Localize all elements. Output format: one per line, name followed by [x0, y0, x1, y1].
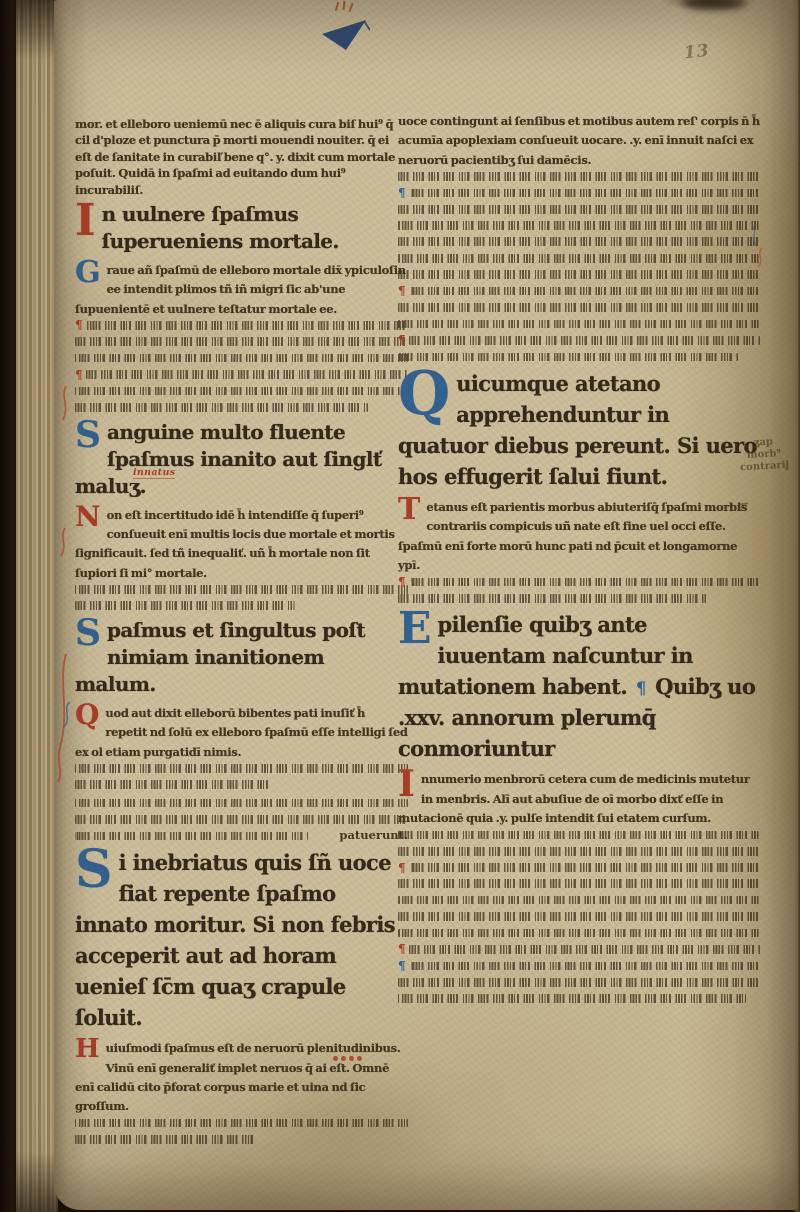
script-line	[86, 321, 408, 329]
script-line-row	[398, 892, 760, 908]
script-line-row	[75, 598, 408, 614]
interlinear-gloss: innatus	[133, 468, 175, 480]
script-line	[75, 799, 408, 807]
script-line	[398, 237, 760, 246]
margin-annotation: ʒap morb⁹ contrarij	[729, 435, 799, 475]
body-text: mor. et elleboro ueniemū nec ē aliquis c…	[75, 116, 408, 198]
pen-flourish-red	[58, 384, 74, 424]
heading-text: paſmus et ſingultus poſt nimiam inanitio…	[75, 618, 365, 696]
script-line	[398, 594, 706, 603]
right-column: uoce contingunt ai ſenſibus et motibus a…	[398, 110, 760, 1009]
pilcrow-mark: ¶	[75, 369, 83, 381]
script-line-row	[398, 843, 760, 859]
script-line-row	[398, 217, 760, 233]
pen-flourish-blue	[60, 700, 76, 730]
script-line	[398, 303, 760, 312]
manuscript-page: 13 mor. et elleboro ueniemū nec ē aliqui…	[54, 0, 798, 1210]
script-line-row	[398, 299, 760, 315]
rubric-heading: Sanguine multo fluente ſpaſmus inanito a…	[75, 419, 408, 500]
script-line-row: ¶	[398, 574, 760, 590]
script-line-row: ¶	[398, 185, 760, 201]
margin-tuck-text: patuerunt.	[331, 830, 408, 842]
script-line	[75, 585, 408, 593]
script-line-row	[75, 1131, 408, 1147]
script-line	[75, 780, 268, 789]
illuminated-initial: E	[398, 611, 432, 647]
pilcrow-mark: ¶	[398, 943, 406, 955]
illuminated-initial: Q	[398, 370, 450, 419]
script-line-row	[398, 925, 760, 941]
illuminated-initial: N	[75, 506, 101, 529]
script-line-row	[398, 168, 760, 184]
body-paragraph: Quod aut dixit elleborū bibentes pati in…	[75, 702, 408, 793]
script-line	[409, 962, 760, 970]
body-paragraph-continuation: patuerunt.	[75, 795, 408, 844]
script-line	[75, 1119, 408, 1127]
script-line-row	[75, 350, 408, 366]
pilcrow-mark: ¶	[398, 187, 406, 199]
body-paragraph-continuation: uoce contingunt ai ſenſibus et motibus a…	[398, 110, 760, 365]
script-line-row	[398, 316, 760, 332]
script-line-row	[398, 827, 760, 843]
script-line	[409, 287, 760, 295]
script-line	[398, 879, 760, 888]
script-line-row: ¶	[398, 283, 760, 299]
script-line	[398, 978, 760, 987]
pilcrow-mark: ¶	[636, 679, 647, 699]
quire-dot	[349, 1056, 354, 1061]
body-paragraph: Huiuſmodi ſpaſmus eſt de neruorū plenitu…	[75, 1037, 408, 1147]
script-line	[398, 270, 760, 279]
script-line	[75, 387, 408, 395]
pilcrow-mark: ¶	[398, 285, 406, 297]
script-line-row: ¶	[398, 332, 760, 348]
rubric-heading: Quicumque atetano apprehenduntur in quat…	[398, 368, 760, 492]
script-line-row	[75, 1115, 408, 1131]
script-line	[75, 337, 408, 346]
pen-flourish-red	[56, 526, 72, 560]
script-line-row	[75, 334, 408, 350]
script-line	[75, 354, 408, 362]
body-text: uod aut dixit elleborū bibentes pati inu…	[75, 706, 408, 759]
script-line-row	[75, 399, 408, 415]
margin-pen-trials	[748, 222, 770, 270]
script-line-row	[398, 990, 760, 1006]
script-line	[398, 205, 760, 214]
body-text: uoce contingunt ai ſenſibus et motibus a…	[398, 114, 760, 167]
heading-text: uicumque atetano apprehenduntur in quatu…	[398, 371, 757, 489]
red-pen-trial	[335, 2, 339, 11]
heading-text: i inebriatus quis ſñ uoce fiat repente ſ…	[75, 850, 395, 1030]
script-line-row: ¶	[398, 958, 760, 974]
script-line-row	[75, 760, 408, 776]
pilcrow-mark: ¶	[75, 319, 83, 331]
body-paragraph: Innumerio menbrorū cetera cum de medicin…	[398, 768, 760, 1007]
script-line-row	[398, 201, 760, 217]
illuminated-initial: T	[398, 498, 420, 523]
script-line-row: ¶	[398, 941, 760, 957]
quire-dot	[333, 1056, 338, 1061]
script-line	[409, 336, 760, 345]
rubric-heading: Si inebriatus quis ſñ uoce fiat repente …	[75, 847, 408, 1033]
page-edge-stack	[16, 0, 58, 1212]
script-line-row	[75, 777, 408, 793]
script-line-row: ¶	[398, 859, 760, 875]
red-pen-trial	[342, 1, 345, 10]
body-paragraph: Graue añ ſpaſmū de elleboro mortale dix̄…	[75, 259, 408, 416]
pilcrow-mark: ¶	[398, 960, 406, 972]
script-line	[75, 601, 295, 610]
left-column: mor. et elleboro ueniemū nec ē aliquis c…	[75, 116, 408, 1150]
script-line	[398, 221, 760, 229]
script-line	[398, 929, 760, 937]
body-paragraph: Tetanus eſt parientis morbus abiuteriſq̄…	[398, 496, 760, 606]
script-line	[398, 254, 760, 262]
illuminated-initial: H	[75, 1039, 100, 1060]
illuminated-initial: S	[75, 619, 101, 649]
manuscript-photo: { "page": { "folio_number": "13", "ink":…	[0, 0, 800, 1212]
pilcrow-mark: ¶	[398, 576, 406, 588]
script-line-row: ¶	[75, 317, 408, 333]
illuminated-initial: Q	[75, 704, 99, 727]
script-line	[398, 994, 746, 1002]
rubric-heading: Spaſmus et ſingultus poſt nimiam inaniti…	[75, 617, 408, 698]
script-line-row	[398, 908, 760, 924]
script-line	[398, 912, 760, 921]
illuminated-initial: S	[75, 421, 101, 451]
body-paragraph: Non eſt incertitudo idē h̄ intendiſſe q̄…	[75, 504, 408, 614]
script-line-row	[398, 974, 760, 990]
script-line	[86, 370, 408, 379]
body-text: uiuſmodi ſpaſmus eſt de neruorū plenitud…	[75, 1041, 400, 1113]
pilcrow-mark: ¶	[398, 862, 406, 874]
script-line-row	[398, 250, 760, 266]
quire-dot	[341, 1056, 346, 1061]
rubric-heading: In uulnere ſpaſmus ſuperueniens mortale.	[75, 201, 408, 255]
script-line	[75, 764, 408, 772]
script-line	[409, 945, 760, 954]
quire-marks	[333, 1056, 362, 1061]
script-line-row	[75, 581, 408, 597]
body-text: etanus eſt parientis morbus abiuteriſq̄ …	[398, 500, 747, 572]
illuminated-initial: G	[75, 261, 101, 286]
illuminated-initial: I	[75, 203, 96, 239]
script-line	[409, 189, 760, 197]
script-line-row	[398, 267, 760, 283]
script-line	[398, 831, 760, 839]
script-line-row	[75, 811, 408, 827]
blue-paraph-mark	[322, 18, 370, 54]
script-line	[398, 320, 760, 328]
heading-text: n uulnere ſpaſmus ſuperueniens mortale.	[102, 202, 339, 253]
margin-annotation-line2: morb⁹ contrarij	[730, 447, 799, 475]
script-line-row	[75, 795, 408, 811]
folio-number: 13	[683, 43, 710, 63]
script-line	[409, 863, 760, 871]
script-line-row	[398, 234, 760, 250]
script-line-row	[398, 590, 760, 606]
script-line	[75, 1135, 255, 1144]
script-line	[398, 896, 760, 904]
corner-stain	[682, 0, 746, 10]
script-line-row	[75, 383, 408, 399]
body-text: nnumerio menbrorū cetera cum de medicini…	[398, 772, 750, 825]
script-line-row: ¶	[75, 366, 408, 382]
script-line	[398, 172, 760, 181]
body-text: raue añ ſpaſmū de elleboro mortale dix̄ …	[75, 263, 406, 316]
pilcrow-mark: ¶	[398, 334, 406, 346]
script-line-row: patuerunt.	[75, 828, 408, 844]
illuminated-initial: S	[75, 849, 113, 892]
heading-text: anguine multo fluente ſpaſmus inanito au…	[75, 420, 382, 498]
script-line-row	[398, 349, 760, 365]
rubric-heading: Epilenſie quibʒ ante iuuentam naſcuntur …	[398, 609, 760, 764]
body-text: on eſt incertitudo idē h̄ intendiſſe q̄ …	[75, 508, 395, 580]
quire-dot	[357, 1056, 362, 1061]
script-line	[75, 403, 368, 412]
script-line-row	[398, 876, 760, 892]
fore-edge	[792, 0, 800, 1212]
illuminated-initial: I	[398, 770, 415, 800]
script-line	[409, 578, 760, 586]
red-pen-trial	[348, 3, 353, 12]
script-line	[75, 815, 408, 824]
script-line	[398, 847, 760, 856]
